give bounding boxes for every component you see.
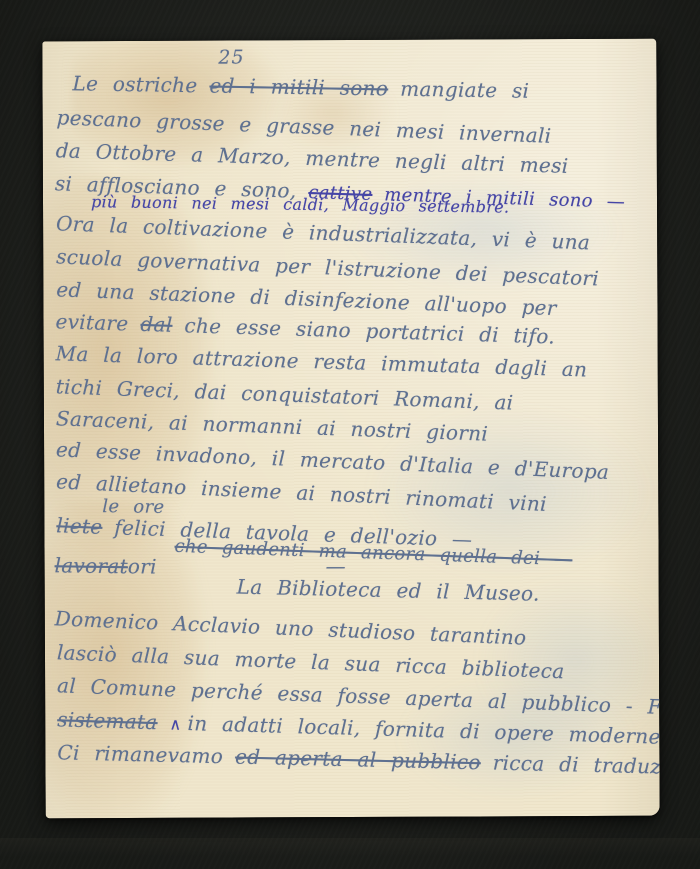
insertion-mark: ∧ [169, 715, 182, 734]
struck-text: sistemata [57, 707, 158, 734]
dash-mark: — [326, 554, 346, 578]
page-number: 25 [218, 48, 244, 67]
line-text: in adatti locali, fornita di opere moder… [187, 711, 659, 749]
line-text: evitare [55, 309, 129, 335]
manuscript-line: Ma la loro attrazione resta immutata dag… [55, 343, 587, 379]
manuscript-line: Le ostricheed i mitili sonomangiate si [72, 73, 529, 101]
line-text: che esse siano portatrici di tifo. [184, 313, 555, 348]
manuscript-line: le ore [102, 498, 164, 517]
manuscript-line: Ci rimanevamoed aperta al pubblicoricca … [57, 742, 660, 780]
section-heading: La Biblioteca ed il Museo. [236, 577, 539, 604]
line-text: Ma la loro attrazione resta immutata dag… [55, 341, 587, 381]
line-text: le ore [102, 496, 164, 518]
pre-heading-dash: — [326, 556, 346, 576]
inserted-text: più buoni nei mesi caldi, Maggio settemb… [91, 192, 510, 216]
page-number-text: 25 [218, 46, 244, 68]
manuscript-line: tichi Greci, dai conquistatori Romani, a… [55, 376, 513, 412]
line-text: Ci rimanevamo [57, 740, 223, 768]
struck-text: ed i mitili sono [209, 73, 388, 100]
struck-text: lavorat [54, 553, 128, 578]
struck-text: liete [56, 513, 103, 539]
manuscript-page: 25 Le ostricheed i mitili sonomangiate s… [42, 39, 659, 819]
line-text: Le ostriche [72, 71, 197, 97]
struck-text: ed aperta al pubblico [235, 744, 481, 774]
manuscript-line: Ora la coltivazione è industrializzata, … [56, 213, 591, 252]
line-text: mangiate si [400, 77, 529, 103]
line-text: ricca di traduzioni di da noi [493, 751, 660, 783]
interline-insertion: più buoni nei mesi caldi, Maggio settemb… [91, 194, 510, 215]
deleted-line: che gaudenti ma ancora quella dei — [174, 538, 572, 570]
background-mat-seam [0, 838, 700, 869]
manuscript-line: Saraceni, ai normanni ai nostri giorni [56, 408, 489, 443]
struck-text: dal [140, 312, 173, 337]
heading-text: La Biblioteca ed il Museo. [236, 575, 540, 606]
manuscript-line: lavoratori [54, 555, 156, 576]
manuscript-line: Domenico Acclavio uno studioso tarantino [54, 608, 526, 647]
line-text: ori [128, 554, 157, 578]
